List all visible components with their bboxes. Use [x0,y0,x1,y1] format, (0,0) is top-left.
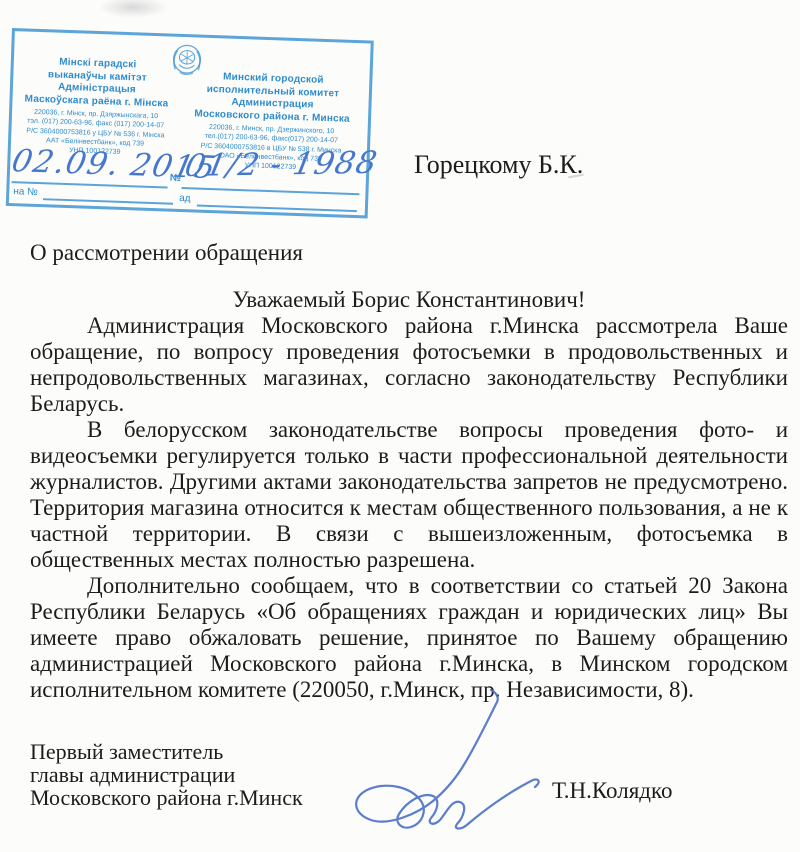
signature-title-line: Первый заместитель [30,740,303,763]
incoming-date-underline [197,205,357,212]
paragraph: В белорусском законодательстве вопросы п… [30,417,788,573]
paragraph: Администрация Московского района г.Минск… [30,313,788,417]
signature-title-block: Первый заместитель главы администрации М… [30,740,303,809]
salutation: Уважаемый Борис Константинович! [30,287,788,313]
incoming-number-underline [43,198,173,204]
signature-title-line: Московского района г.Минск [30,786,303,809]
letter-body: О рассмотрении обращения Уважаемый Борис… [30,240,788,703]
signer-name: Т.Н.Колядко [552,778,673,804]
incoming-number-label: на № [13,186,38,198]
paragraph: Дополнительно сообщаем, что в соответств… [30,573,788,703]
incoming-date-label: ад [179,193,191,204]
subject-line: О рассмотрении обращения [30,240,788,266]
addressee: Горецкому Б.К. [414,150,583,180]
official-stamp: Мінскі гарадскі выканаўчы камітэт Адміні… [6,28,374,219]
scanned-letter-page: Мінскі гарадскі выканаўчы камітэт Адміні… [0,0,800,852]
scan-smudge [98,0,168,18]
handwritten-signature [337,688,547,848]
number-sign-label: № [170,173,182,184]
number-underline [182,187,360,195]
signature-title-line: главы администрации [30,763,303,786]
handwritten-outgoing-number: 01/2 - 1988 [182,145,381,184]
